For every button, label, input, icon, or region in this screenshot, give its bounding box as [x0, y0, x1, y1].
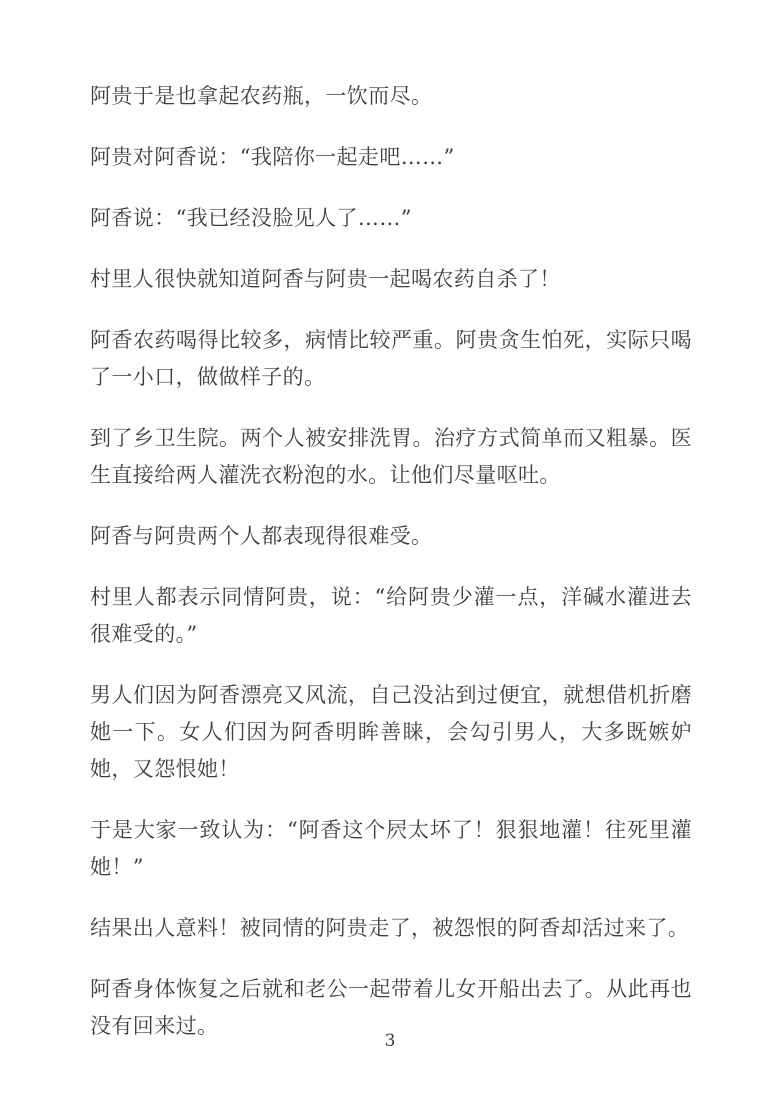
paragraph: 村里人都表示同情阿贵，说：“给阿贵少灌一点，洋碱水灌进去很难受的。”	[90, 579, 692, 653]
paragraph: 阿贵于是也拿起农药瓶，一饮而尽。	[90, 78, 692, 115]
paragraph: 阿香与阿贵两个人都表现得很难受。	[90, 518, 692, 555]
document-page: 阿贵于是也拿起农药瓶，一饮而尽。 阿贵对阿香说：“我陪你一起走吧……” 阿香说：…	[0, 0, 780, 1093]
paragraph: 阿香说：“我已经没脸见人了……”	[90, 200, 692, 237]
paragraph: 阿贵对阿香说：“我陪你一起走吧……”	[90, 139, 692, 176]
paragraph: 村里人很快就知道阿香与阿贵一起喝农药自杀了！	[90, 261, 692, 298]
paragraph: 到了乡卫生院。两个人被安排洗胃。治疗方式简单而又粗暴。医生直接给两人灌洗衣粉泡的…	[90, 420, 692, 494]
page-footer: 3	[0, 1031, 780, 1051]
paragraph: 于是大家一致认为：“阿香这个屄太坏了！狠狠地灌！往死里灌她！”	[90, 812, 692, 886]
paragraph: 阿香农药喝得比较多，病情比较严重。阿贵贪生怕死，实际只喝了一小口，做做样子的。	[90, 322, 692, 396]
page-number: 3	[385, 1031, 396, 1051]
page-body-text: 阿贵于是也拿起农药瓶，一饮而尽。 阿贵对阿香说：“我陪你一起走吧……” 阿香说：…	[90, 78, 692, 1069]
paragraph: 结果出人意料！被同情的阿贵走了，被怨恨的阿香却活过来了。	[90, 910, 692, 947]
paragraph: 男人们因为阿香漂亮又风流，自己没沾到过便宜，就想借机折磨她一下。女人们因为阿香明…	[90, 677, 692, 788]
